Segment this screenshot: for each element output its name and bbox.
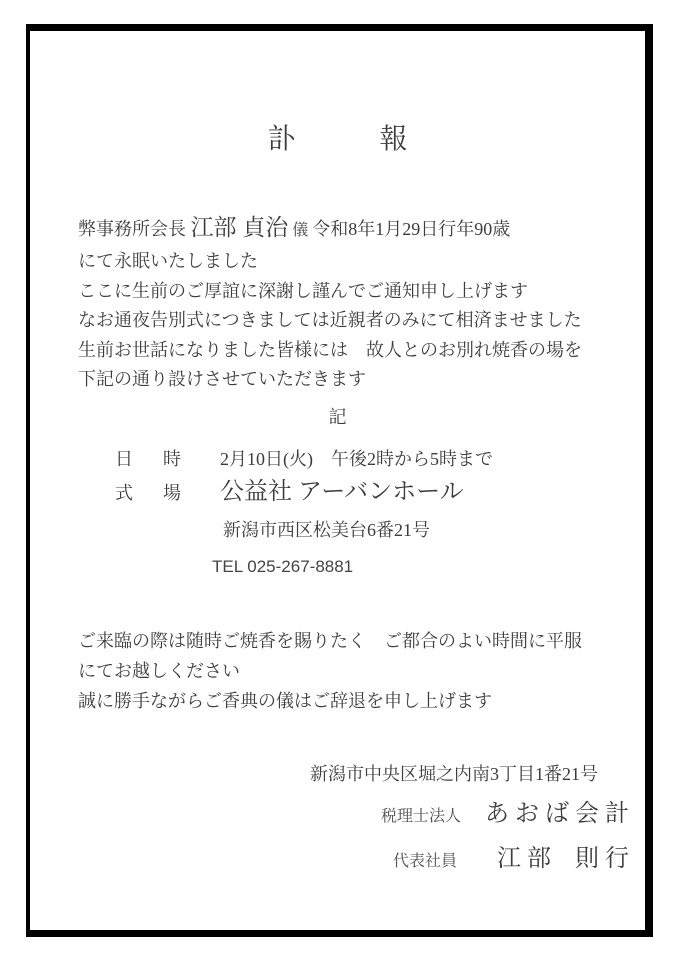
obituary-page: { "page": { "title": "訃 報" }, "announcem…	[0, 0, 677, 959]
closing-paragraph: ご来臨の際は随時ご焼香を賜りたく ご都合のよい時間に平服 にてお越しください 誠…	[78, 626, 615, 716]
venue-address: 新潟市西区松美台6番21号	[223, 512, 625, 548]
deceased-name: 江部 貞治	[191, 215, 289, 240]
announcement-line: 下記の通り設けさせていただきます	[78, 365, 615, 395]
announcement-paragraph: 弊事務所会長 江部 貞治 儀 令和8年1月29日行年90歳 にて永眠いたしました…	[78, 211, 615, 395]
signature-representative: 代表社員江 部 則 行	[30, 838, 645, 883]
signature-block: 新潟市中央区堀之内南3丁目1番21号 税理士法人あ お ば 会 計 代表社員江 …	[30, 759, 645, 883]
signature-address: 新潟市中央区堀之内南3丁目1番21号	[30, 759, 645, 789]
closing-line: にてお越しください	[78, 656, 615, 686]
announcement-line: にて永眠いたしました	[78, 247, 615, 277]
notice-heading: 記	[30, 403, 645, 433]
ceremony-details: 日時2月10日(火) 午後2時から5時まで 式場公益社 アーバンホール 新潟市西…	[115, 444, 625, 585]
announcement-line-deceased: 弊事務所会長 江部 貞治 儀 令和8年1月29日行年90歳	[78, 211, 615, 247]
venue-label: 式場	[115, 475, 181, 512]
datetime-label: 日時	[115, 444, 181, 474]
signature-organization: 税理士法人あ お ば 会 計	[30, 793, 645, 838]
closing-line: 誠に勝手ながらご香典の儀はご辞退を申し上げます	[78, 686, 615, 716]
deceased-date-age: 令和8年1月29日行年90歳	[312, 219, 510, 239]
closing-line: ご来臨の際は随時ご焼香を賜りたく ご都合のよい時間に平服	[78, 626, 615, 656]
page-title: 訃 報	[30, 125, 645, 155]
representative-name: 江 部 則 行	[497, 846, 629, 872]
datetime-value: 2月10日(火) 午後2時から5時まで	[220, 449, 493, 469]
document-border-frame: 訃 報 弊事務所会長 江部 貞治 儀 令和8年1月29日行年90歳 にて永眠いた…	[26, 24, 653, 937]
announcement-line: 生前お世話になりました皆様には 故人とのお別れ焼香の場を	[78, 336, 615, 366]
venue-telephone: TEL 025-267-8881	[212, 548, 625, 585]
announcement-line: ここに生前のご厚誼に深謝し謹んでご通知申し上げます	[78, 277, 615, 307]
venue-name: 公益社 アーバンホール	[220, 479, 464, 505]
organization-name: あ お ば 会 計	[485, 801, 629, 827]
deceased-honorific: 儀	[288, 222, 312, 239]
detail-row-venue: 式場公益社 アーバンホール	[115, 474, 625, 512]
detail-row-datetime: 日時2月10日(火) 午後2時から5時まで	[115, 444, 625, 474]
announcement-line: なお通夜告別式につきましては近親者のみにて相済ませました	[78, 306, 615, 336]
representative-title: 代表社員	[393, 853, 457, 870]
deceased-prefix: 弊事務所会長	[78, 219, 191, 239]
organization-type: 税理士法人	[381, 808, 461, 825]
